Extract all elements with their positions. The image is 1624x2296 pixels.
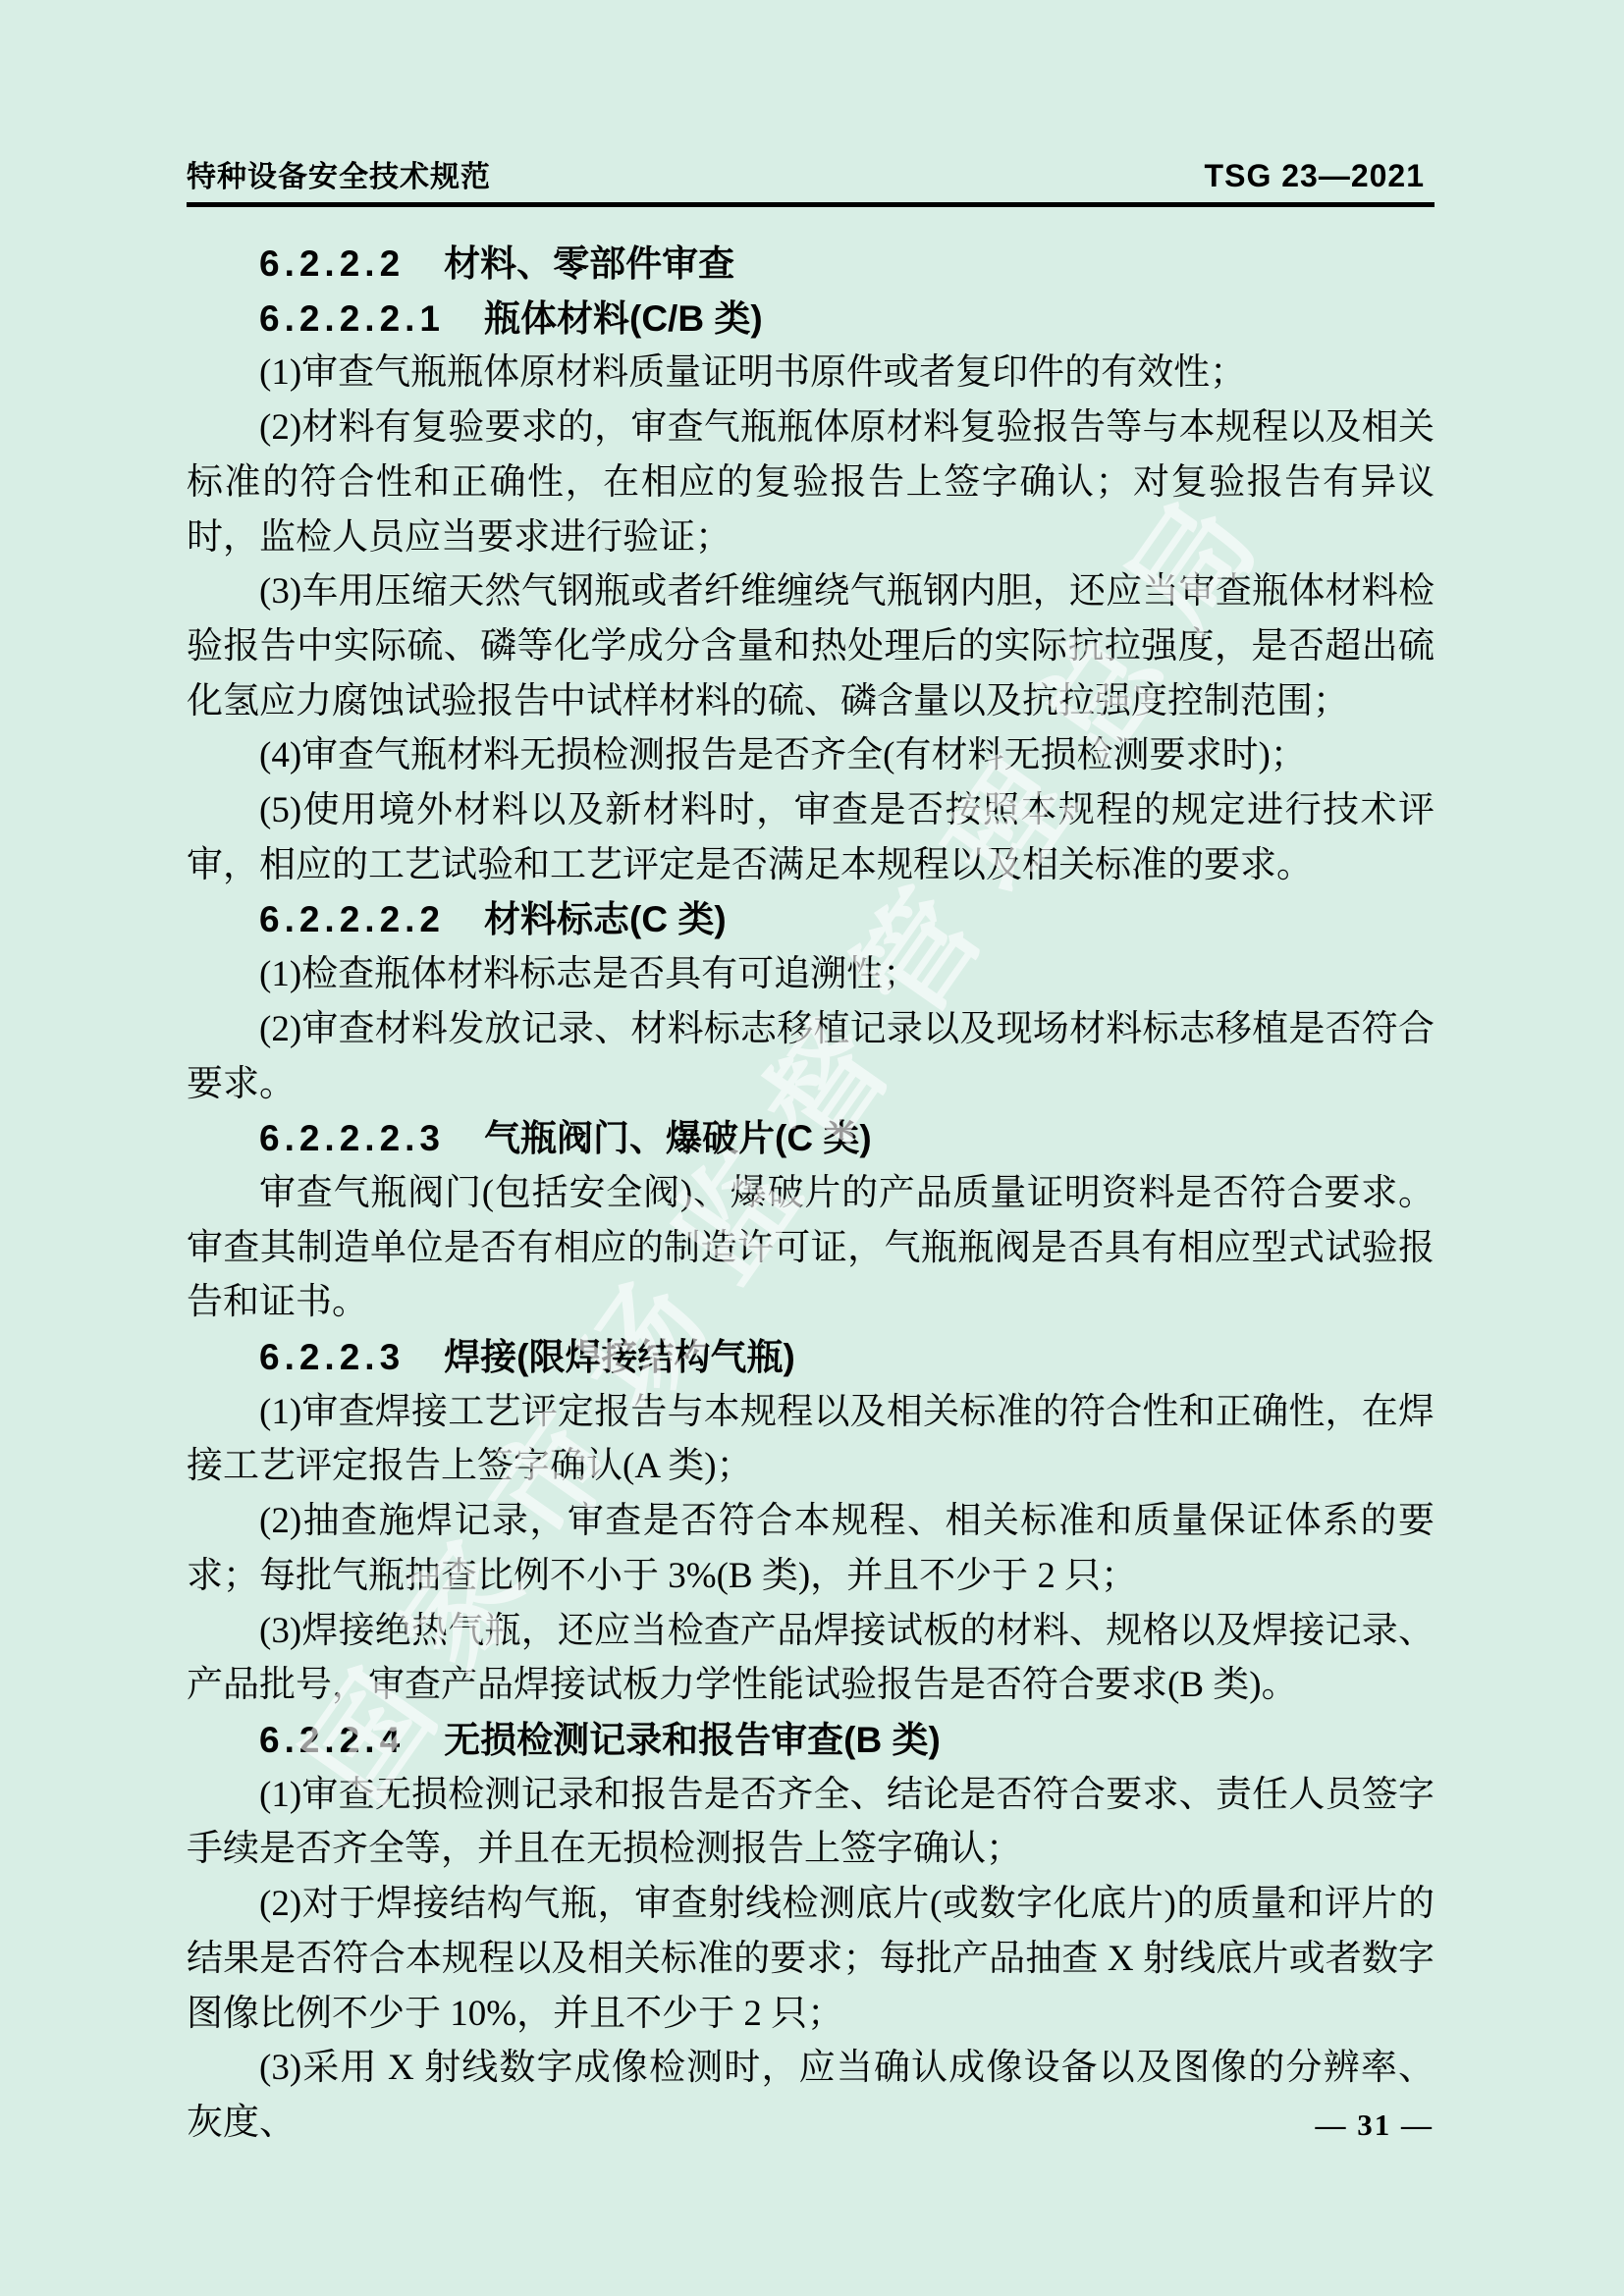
section-heading: 6.2.2.2.3气瓶阀门、爆破片(C 类): [187, 1111, 1435, 1166]
body-paragraph: (1)审查无损检测记录和报告是否齐全、结论是否符合要求、责任人员签字手续是否齐全…: [187, 1768, 1435, 1877]
body-paragraph: (3)焊接绝热气瓶，还应当检查产品焊接试板的材料、规格以及焊接记录、产品批号，审…: [187, 1604, 1435, 1713]
section-title: 焊接(限焊接结构气瓶): [444, 1337, 795, 1377]
document-title: 特种设备安全技术规范: [187, 152, 491, 195]
section-number: 6.2.2.2: [259, 243, 405, 284]
section-number: 6.2.2.2.1: [259, 298, 445, 339]
section-heading: 6.2.2.2材料、零部件审查: [187, 237, 1435, 292]
body-paragraph: 审查气瓶阀门(包括安全阀)、爆破片的产品质量证明资料是否符合要求。审查其制造单位…: [187, 1166, 1435, 1330]
section-heading: 6.2.2.3焊接(限焊接结构气瓶): [187, 1330, 1435, 1385]
body-paragraph: (1)审查气瓶瓶体原材料质量证明书原件或者复印件的有效性；: [187, 346, 1435, 400]
document-page: 特种设备安全技术规范 TSG 23—2021 6.2.2.2材料、零部件审查 6…: [0, 0, 1624, 2296]
body-paragraph: (2)材料有复验要求的，审查气瓶瓶体原材料复验报告等与本规程以及相关标准的符合性…: [187, 400, 1435, 564]
section-number: 6.2.2.4: [259, 1720, 405, 1760]
body-paragraph: (4)审查气瓶材料无损检测报告是否齐全(有材料无损检测要求时)；: [187, 728, 1435, 783]
section-title: 材料标志(C 类): [484, 899, 727, 939]
section-title: 材料、零部件审查: [444, 243, 734, 284]
section-heading: 6.2.2.2.1瓶体材料(C/B 类): [187, 292, 1435, 347]
document-body: 6.2.2.2材料、零部件审查 6.2.2.2.1瓶体材料(C/B 类) (1)…: [187, 237, 1435, 2151]
body-paragraph: (5)使用境外材料以及新材料时，审查是否按照本规程的规定进行技术评审，相应的工艺…: [187, 783, 1435, 892]
body-paragraph: (3)采用 X 射线数字成像检测时，应当确认成像设备以及图像的分辨率、灰度、: [187, 2041, 1435, 2150]
body-paragraph: (1)检查瓶体材料标志是否具有可追溯性；: [187, 947, 1435, 1002]
body-paragraph: (1)审查焊接工艺评定报告与本规程以及相关标准的符合性和正确性，在焊接工艺评定报…: [187, 1385, 1435, 1494]
body-paragraph: (3)车用压缩天然气钢瓶或者纤维缠绕气瓶钢内胆，还应当审查瓶体材料检验报告中实际…: [187, 564, 1435, 728]
body-paragraph: (2)抽查施焊记录，审查是否符合本规程、相关标准和质量保证体系的要求；每批气瓶抽…: [187, 1494, 1435, 1603]
page-header: 特种设备安全技术规范 TSG 23—2021: [187, 152, 1435, 207]
document-number: TSG 23—2021: [1205, 158, 1435, 194]
section-number: 6.2.2.3: [259, 1337, 405, 1377]
section-title: 无损检测记录和报告审查(B 类): [444, 1720, 941, 1760]
section-heading: 6.2.2.2.2材料标志(C 类): [187, 892, 1435, 947]
page-number: — 31 —: [1316, 2108, 1435, 2143]
section-number: 6.2.2.2.2: [259, 899, 445, 939]
section-title: 瓶体材料(C/B 类): [484, 298, 763, 339]
body-paragraph: (2)对于焊接结构气瓶，审查射线检测底片(或数字化底片)的质量和评片的结果是否符…: [187, 1877, 1435, 2041]
body-paragraph: (2)审查材料发放记录、材料标志移植记录以及现场材料标志移植是否符合要求。: [187, 1002, 1435, 1111]
section-heading: 6.2.2.4无损检测记录和报告审查(B 类): [187, 1713, 1435, 1768]
section-title: 气瓶阀门、爆破片(C 类): [484, 1118, 872, 1158]
section-number: 6.2.2.2.3: [259, 1118, 445, 1158]
